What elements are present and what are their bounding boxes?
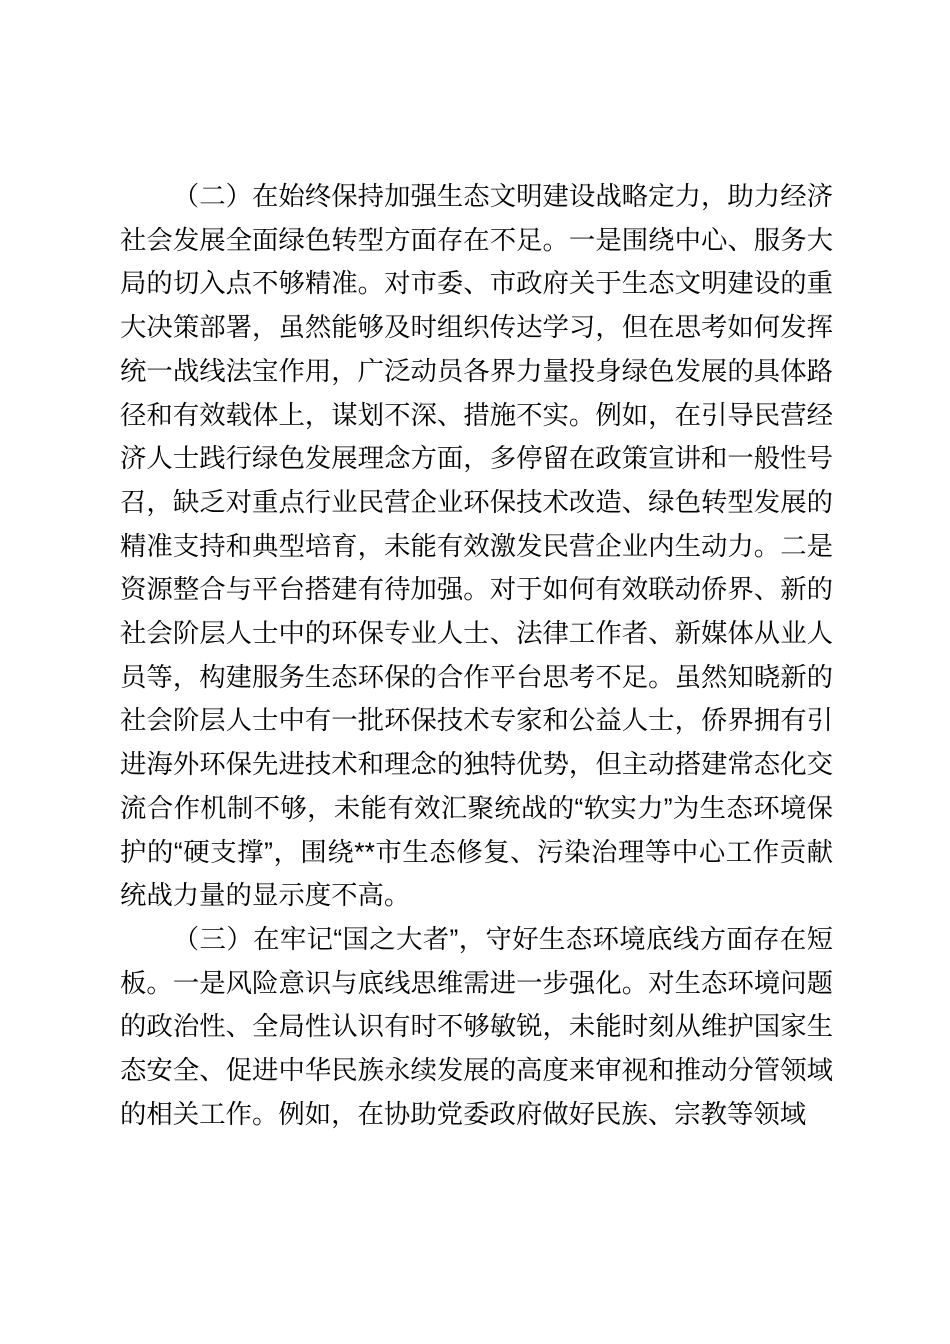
document-page: （二）在始终保持加强生态文明建设战略定力，助力经济社会发展全面绿色转型方面存在不… — [0, 0, 950, 1344]
paragraph-section-3: （三）在牢记“国之大者”，守好生态环境底线方面存在短板。一是风险意识与底线思维需… — [120, 918, 833, 1137]
paragraph-section-2: （二）在始终保持加强生态文明建设战略定力，助力经济社会发展全面绿色转型方面存在不… — [120, 175, 833, 918]
document-body: （二）在始终保持加强生态文明建设战略定力，助力经济社会发展全面绿色转型方面存在不… — [120, 175, 833, 1136]
